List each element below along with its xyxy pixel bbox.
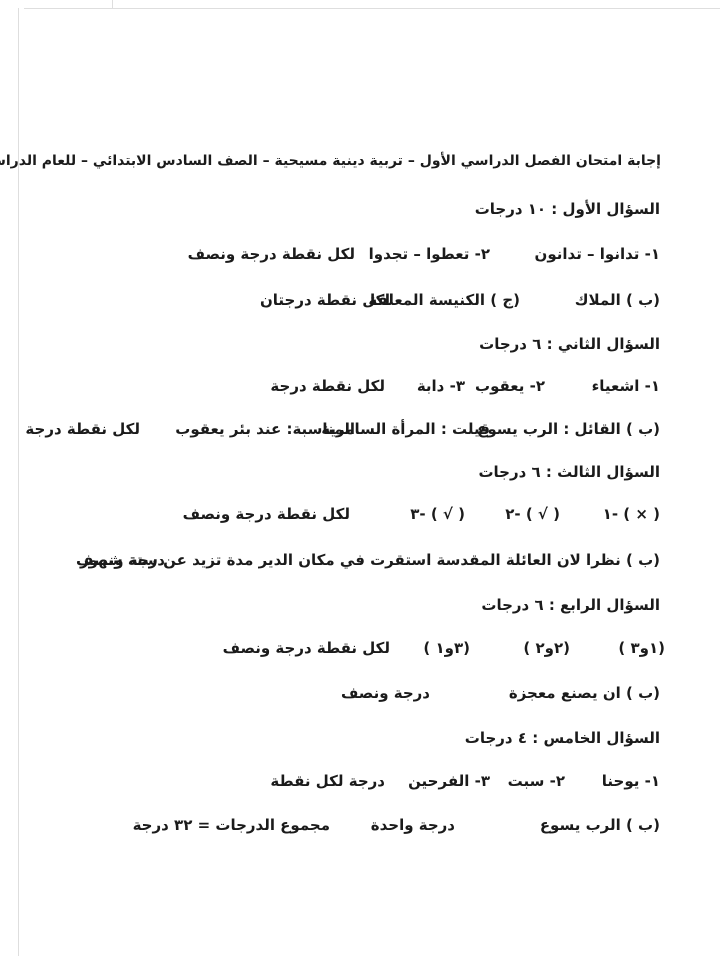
scan-artifact-line-top2 [112, 0, 113, 8]
question3-title: السؤال الثالث : ٦ درجات [478, 463, 660, 482]
q5a-answer-1: ١- يوحنا [602, 772, 660, 791]
q2b-occasion: المناسبة: عند بئر يعقوب [175, 420, 355, 439]
q5a-answer-2: ٢- سبت [508, 772, 565, 791]
question2-title: السؤال الثاني : ٦ درجات [479, 335, 660, 354]
q5b-score-note: درجة واحدة [371, 816, 455, 835]
q5a-score-note: درجة لكل نقطة [270, 772, 385, 791]
q5a-answer-3: ٣- الفرحين [408, 772, 490, 791]
q2b-score-note: لكل نقطة درجة [25, 420, 140, 439]
q1a-answer-2: ٢- تعطوا – تجدوا [369, 245, 490, 264]
q4a-pair-2: (٢و٢ ) [523, 639, 570, 658]
scan-artifact-line-left [18, 8, 19, 956]
q2a-answer-2: ٢- يعقوب [475, 377, 545, 396]
q4b-score-note: درجة ونصف [341, 684, 430, 703]
q2b-speaker: (ب ) القائل : الرب يسوع [477, 420, 660, 439]
q1a-score-note: لكل نقطة درجة ونصف [188, 245, 355, 264]
q1b-answer-b: (ب ) الملاك [575, 291, 660, 310]
q4a-score-note: لكل نقطة درجة ونصف [223, 639, 390, 658]
q3b-score-note: درجة ونصف [76, 551, 165, 570]
q3b-explanation: (ب ) نظرا لان العائلة المقدسة استقرت في … [80, 551, 660, 570]
exam-header-title: إجابة امتحان الفصل الدراسي الأول – تربية… [0, 153, 661, 171]
total-marks: مجموع الدرجات = ٣٢ درجة [133, 816, 330, 835]
q4b-answer: (ب ) ان يصنع معجزة [509, 684, 660, 703]
q3a-mark-1: ١- ( × ) [603, 505, 660, 524]
scanned-exam-answer-sheet: إجابة امتحان الفصل الدراسي الأول – تربية… [0, 0, 720, 960]
scan-artifact-line-top [24, 8, 720, 9]
question4-title: السؤال الرابع : ٦ درجات [481, 596, 660, 615]
q3a-score-note: لكل نقطة درجة ونصف [183, 505, 350, 524]
question5-title: السؤال الخامس : ٤ درجات [465, 729, 660, 748]
question1-title: السؤال الأول : ١٠ درجات [475, 200, 660, 219]
q2a-answer-3: ٣- دابة [417, 377, 465, 396]
q1b-answer-c: (ج ) الكنيسة المعلقة [368, 291, 520, 310]
q5b-answer: (ب ) الرب يسوع [540, 816, 660, 835]
q2a-answer-1: ١- اشعياء [592, 377, 660, 396]
q3a-mark-2: ٢- ( √ ) [505, 505, 560, 524]
q2a-score-note: لكل نقطة درجة [270, 377, 385, 396]
q4a-pair-1: (١و٣ ) [618, 639, 665, 658]
q1a-answer-1: ١- تدانوا – تدانون [535, 245, 660, 264]
q3a-mark-3: ٣- ( √ ) [410, 505, 465, 524]
q4a-pair-3: (٣و١ ) [423, 639, 470, 658]
q1b-score-note: لكل نقطة درجتان [260, 291, 390, 310]
